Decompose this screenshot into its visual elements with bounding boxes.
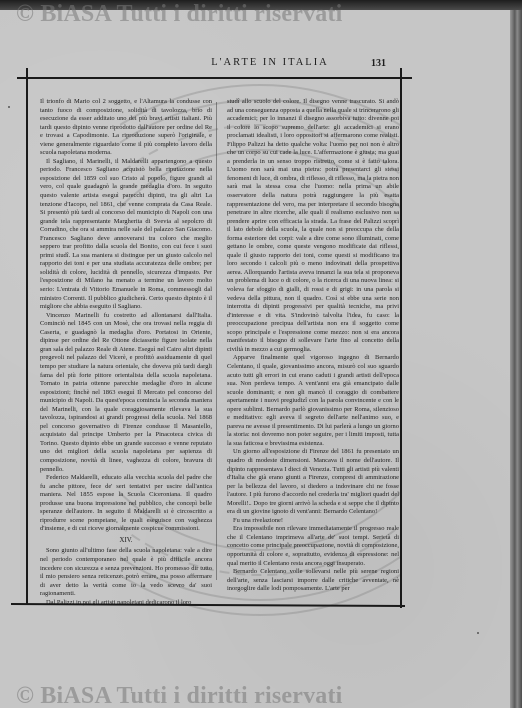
paragraph: Il Sagliano, il Marinelli, il Maldarelli… — [40, 158, 212, 312]
column-divider — [216, 102, 217, 580]
paragraph: Era impossibile non rilevare immediatame… — [227, 525, 399, 568]
paragraph: Dal Palizzi in poi gli artisti napoletan… — [40, 599, 212, 608]
paragraph: Apparve finalmente quel vigoroso ingegno… — [227, 354, 399, 448]
page-number: 131 — [371, 58, 386, 69]
section-number: XIV. — [40, 537, 212, 546]
paragraph: Fu una rivelazione! — [227, 517, 399, 526]
paragraph: studî allo scuolo del colore. Il disegno… — [227, 98, 399, 354]
paragraph: Il trionfo di Mario col 2 soggetto, e l'… — [40, 98, 212, 158]
right-border-rule — [400, 68, 402, 608]
page-binding-edge — [510, 10, 522, 708]
running-title: L'ARTE IN ITALIA — [140, 57, 400, 68]
paragraph: Sono giunto all'ultimo fase della scuola… — [40, 547, 212, 598]
left-border-rule — [26, 68, 28, 605]
copyright-watermark-bottom: © BiASA Tutti i diritti riservati — [16, 683, 343, 708]
paragraph: Vincenzo Marinelli fu costretto ad allon… — [40, 312, 212, 474]
paragraph: Federico Maldarelli, educato alla vecchi… — [40, 474, 212, 534]
scan-speck — [8, 106, 10, 108]
left-text-column: Il trionfo di Mario col 2 soggetto, e l'… — [40, 98, 212, 607]
top-border-rule — [17, 77, 412, 79]
copyright-watermark-top: © BiASA Tutti i diritti riservati — [16, 1, 343, 28]
right-text-column: studî allo scuolo del colore. Il disegno… — [227, 98, 399, 594]
scan-speck — [477, 632, 479, 634]
paragraph: Bernardo Celentano volle sollevarsi nell… — [227, 568, 399, 594]
paragraph: Un giorno all'esposizione di Firenze del… — [227, 448, 399, 516]
